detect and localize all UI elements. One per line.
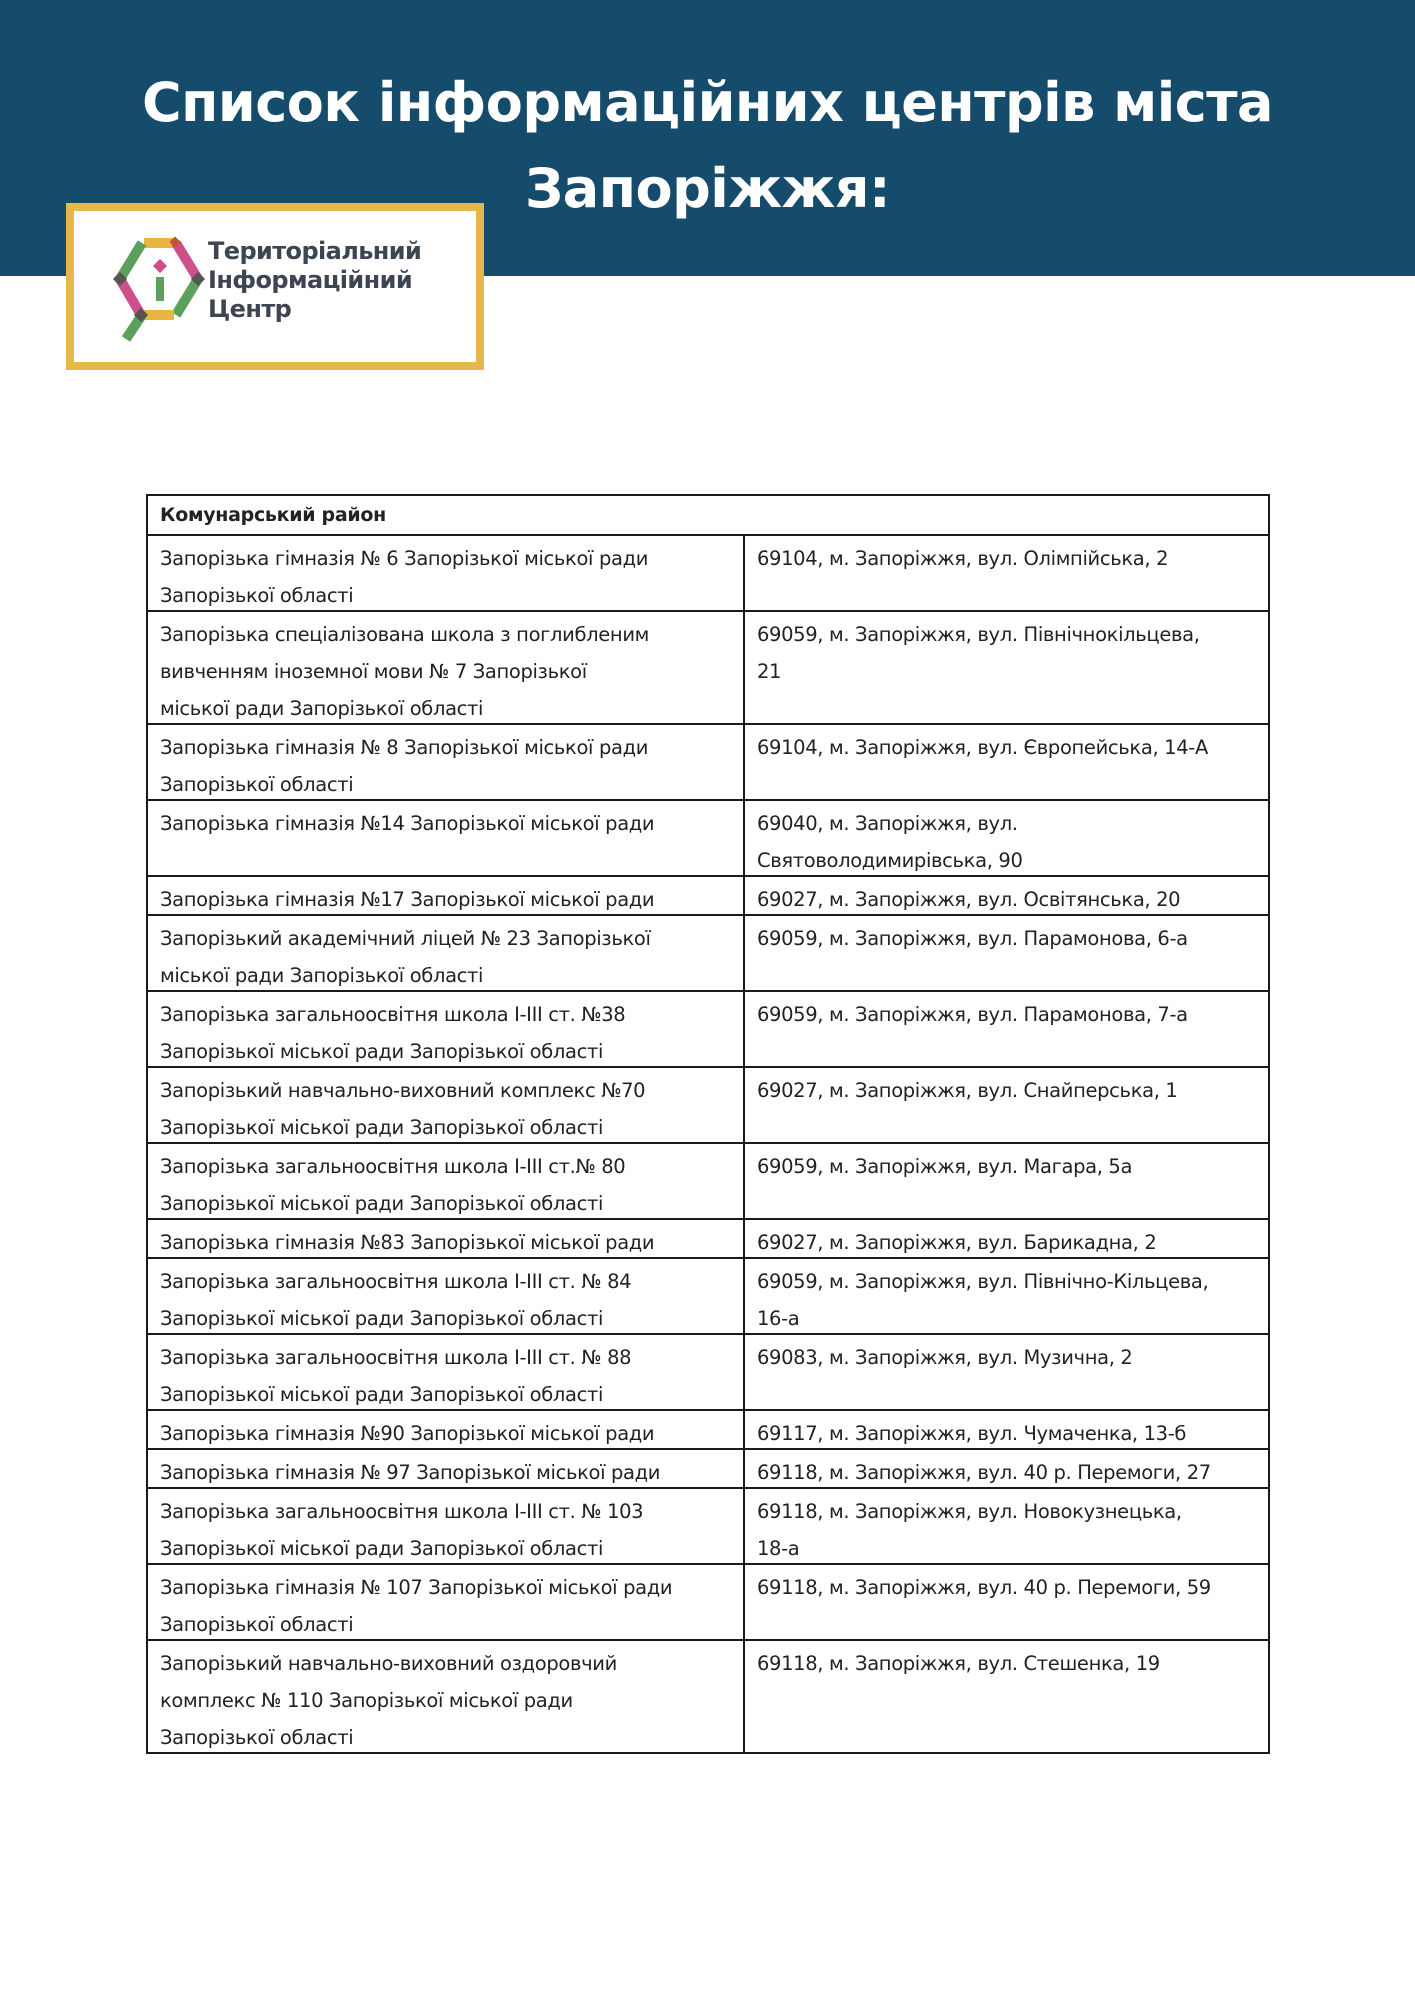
school-name-line: Запорізької міської ради Запорізької обл… [160,1185,733,1222]
school-name-line: Запорізької області [160,1719,733,1756]
school-name-line: Запорізької міської ради Запорізької обл… [160,1530,733,1567]
school-name-cell: Запорізький академічний ліцей № 23 Запор… [148,916,745,990]
school-name-cell: Запорізька загальноосвітня школа І-ІІІ с… [148,1489,745,1563]
school-name-cell: Запорізький навчально-виховний комплекс … [148,1068,745,1142]
school-name-line: міської ради Запорізької області [160,957,733,994]
address-line: 69059, м. Запоріжжя, вул. Парамонова, 7-… [757,996,1258,1033]
table-border-stub [1268,1718,1270,1726]
address-cell: 69059, м. Запоріжжя, вул. Парамонова, 6-… [745,916,1268,990]
address-cell: 69118, м. Запоріжжя, вул. 40 р. Перемоги… [745,1565,1268,1639]
address-line: 18-а [757,1530,1258,1567]
address-line: 69118, м. Запоріжжя, вул. 40 р. Перемоги… [757,1569,1258,1606]
address-cell: 69027, м. Запоріжжя, вул. Освітянська, 2… [745,877,1268,914]
school-name-line: Запорізької міської ради Запорізької обл… [160,1033,733,1070]
address-cell: 69059, м. Запоріжжя, вул. Магара, 5а [745,1144,1268,1218]
address-cell: 69059, м. Запоріжжя, вул. Парамонова, 7-… [745,992,1268,1066]
school-name-line: Запорізький навчально-виховний комплекс … [160,1072,733,1109]
table-row: Запорізька гімназія №14 Запорізької місь… [148,801,1268,877]
address-cell: 69118, м. Запоріжжя, вул. Новокузнецька,… [745,1489,1268,1563]
school-name-line: Запорізький академічний ліцей № 23 Запор… [160,920,733,957]
address-line: 69083, м. Запоріжжя, вул. Музична, 2 [757,1339,1258,1376]
school-name-cell: Запорізька загальноосвітня школа І-ІІІ с… [148,1259,745,1333]
table-row: Запорізький академічний ліцей № 23 Запор… [148,916,1268,992]
school-name-line: Запорізька гімназія № 6 Запорізької місь… [160,540,733,577]
school-name-cell: Запорізька гімназія №17 Запорізької місь… [148,877,745,914]
logo-text-line: Територіальний [208,237,421,266]
table-row: Запорізька гімназія № 97 Запорізької міс… [148,1450,1268,1489]
address-cell: 69040, м. Запоріжжя, вул.Святоволодимирі… [745,801,1268,875]
address-cell: 69104, м. Запоріжжя, вул. Олімпійська, 2 [745,536,1268,610]
school-name-line: Запорізька гімназія № 107 Запорізької мі… [160,1569,733,1606]
logo-text: Територіальний Інформаційний Центр [208,237,421,324]
address-line: 69040, м. Запоріжжя, вул. [757,805,1258,842]
school-name-cell: Запорізька гімназія №90 Запорізької місь… [148,1411,745,1448]
school-name-line: Запорізької області [160,577,733,614]
school-name-cell: Запорізька спеціалізована школа з поглиб… [148,612,745,723]
school-name-cell: Запорізький навчально-виховний оздоровчи… [148,1641,745,1752]
address-line: 69059, м. Запоріжжя, вул. Північно-Кільц… [757,1263,1258,1300]
address-cell: 69027, м. Запоріжжя, вул. Барикадна, 2 [745,1220,1268,1257]
school-name-cell: Запорізька загальноосвітня школа І-ІІІ с… [148,1335,745,1409]
address-line: 69117, м. Запоріжжя, вул. Чумаченка, 13-… [757,1415,1258,1452]
school-name-line: комплекс № 110 Запорізької міської ради [160,1682,733,1719]
table-row: Запорізька загальноосвітня школа І-ІІІ с… [148,992,1268,1068]
school-name-line: Запорізької міської ради Запорізької обл… [160,1376,733,1413]
table-row: Запорізька гімназія №90 Запорізької місь… [148,1411,1268,1450]
school-name-line: Запорізька загальноосвітня школа І-ІІІ с… [160,1263,733,1300]
page-title-line: Список інформаційних центрів міста [0,60,1415,146]
address-line: 69104, м. Запоріжжя, вул. Європейська, 1… [757,729,1258,766]
table-row: Запорізька гімназія № 107 Запорізької мі… [148,1565,1268,1641]
section-header-row: Комунарський район [148,496,1268,536]
address-cell: 69083, м. Запоріжжя, вул. Музична, 2 [745,1335,1268,1409]
school-name-line: Запорізької міської ради Запорізької обл… [160,1300,733,1337]
address-line: 69059, м. Запоріжжя, вул. Парамонова, 6-… [757,920,1258,957]
school-name-line: Запорізької області [160,766,733,803]
school-name-line: Запорізька гімназія №14 Запорізької місь… [160,805,733,842]
school-name-line: Запорізької міської ради Запорізької обл… [160,1109,733,1146]
address-line: 69118, м. Запоріжжя, вул. 40 р. Перемоги… [757,1454,1258,1491]
school-name-line: Запорізька гімназія №83 Запорізької місь… [160,1224,733,1261]
table-border-stub [146,1718,148,1726]
table-row: Запорізька гімназія № 6 Запорізької місь… [148,536,1268,612]
school-name-line: Запорізька загальноосвітня школа І-ІІІ с… [160,1339,733,1376]
address-cell: 69118, м. Запоріжжя, вул. Стешенка, 19 [745,1641,1268,1752]
table-row: Запорізька загальноосвітня школа І-ІІІ с… [148,1144,1268,1220]
school-name-cell: Запорізька гімназія № 97 Запорізької міс… [148,1450,745,1487]
table-row: Запорізька гімназія № 8 Запорізької місь… [148,725,1268,801]
address-line: 69059, м. Запоріжжя, вул. Північнокільце… [757,616,1258,653]
table-row: Запорізька загальноосвітня школа І-ІІІ с… [148,1489,1268,1565]
school-name-line: міської ради Запорізької області [160,690,733,727]
info-centers-table: Комунарський район Запорізька гімназія №… [146,494,1270,1754]
school-name-line: Запорізький навчально-виховний оздоровчи… [160,1645,733,1682]
school-name-line: Запорізька гімназія №17 Запорізької місь… [160,881,733,918]
address-line: 69104, м. Запоріжжя, вул. Олімпійська, 2 [757,540,1258,577]
school-name-line: вивченням іноземної мови № 7 Запорізької [160,653,733,690]
address-line: 69059, м. Запоріжжя, вул. Магара, 5а [757,1148,1258,1185]
district-header: Комунарський район [148,496,1268,534]
address-line: 21 [757,653,1258,690]
address-line: 69118, м. Запоріжжя, вул. Новокузнецька, [757,1493,1258,1530]
address-cell: 69059, м. Запоріжжя, вул. Північно-Кільц… [745,1259,1268,1333]
address-line: 69027, м. Запоріжжя, вул. Барикадна, 2 [757,1224,1258,1261]
address-line: Святоволодимирівська, 90 [757,842,1258,879]
school-name-cell: Запорізька гімназія № 6 Запорізької місь… [148,536,745,610]
logo-text-line: Центр [208,295,421,324]
school-name-line: Запорізької області [160,1606,733,1643]
table-row: Запорізька гімназія №17 Запорізької місь… [148,877,1268,916]
address-line: 69118, м. Запоріжжя, вул. Стешенка, 19 [757,1645,1258,1682]
school-name-line: Запорізька гімназія № 97 Запорізької міс… [160,1454,733,1491]
address-cell: 69118, м. Запоріжжя, вул. 40 р. Перемоги… [745,1450,1268,1487]
table-row: Запорізька загальноосвітня школа І-ІІІ с… [148,1335,1268,1411]
school-name-line: Запорізька загальноосвітня школа І-ІІІ с… [160,1148,733,1185]
address-line: 69027, м. Запоріжжя, вул. Освітянська, 2… [757,881,1258,918]
table-border-stub [743,1718,745,1726]
table-row: Запорізький навчально-виховний комплекс … [148,1068,1268,1144]
school-name-line: Запорізька гімназія №90 Запорізької місь… [160,1415,733,1452]
address-cell: 69027, м. Запоріжжя, вул. Снайперська, 1 [745,1068,1268,1142]
school-name-line: Запорізька гімназія № 8 Запорізької місь… [160,729,733,766]
school-name-cell: Запорізька загальноосвітня школа І-ІІІ с… [148,1144,745,1218]
logo: Територіальний Інформаційний Центр [66,203,484,370]
address-line: 16-а [757,1300,1258,1337]
school-name-cell: Запорізька гімназія № 8 Запорізької місь… [148,725,745,799]
address-cell: 69117, м. Запоріжжя, вул. Чумаченка, 13-… [745,1411,1268,1448]
school-name-line: Запорізька загальноосвітня школа І-ІІІ с… [160,996,733,1033]
school-name-cell: Запорізька гімназія №14 Запорізької місь… [148,801,745,875]
address-line: 69027, м. Запоріжжя, вул. Снайперська, 1 [757,1072,1258,1109]
school-name-cell: Запорізька загальноосвітня школа І-ІІІ с… [148,992,745,1066]
table-row: Запорізький навчально-виховний оздоровчи… [148,1641,1268,1754]
table-row: Запорізька спеціалізована школа з поглиб… [148,612,1268,725]
school-name-line: Запорізька спеціалізована школа з поглиб… [160,616,733,653]
school-name-line: Запорізька загальноосвітня школа І-ІІІ с… [160,1493,733,1530]
info-hexagon-logo-icon [106,235,216,345]
school-name-cell: Запорізька гімназія №83 Запорізької місь… [148,1220,745,1257]
table-row: Запорізька гімназія №83 Запорізької місь… [148,1220,1268,1259]
logo-text-line: Інформаційний [208,266,421,295]
address-cell: 69059, м. Запоріжжя, вул. Північнокільце… [745,612,1268,723]
address-cell: 69104, м. Запоріжжя, вул. Європейська, 1… [745,725,1268,799]
table-row: Запорізька загальноосвітня школа І-ІІІ с… [148,1259,1268,1335]
school-name-cell: Запорізька гімназія № 107 Запорізької мі… [148,1565,745,1639]
